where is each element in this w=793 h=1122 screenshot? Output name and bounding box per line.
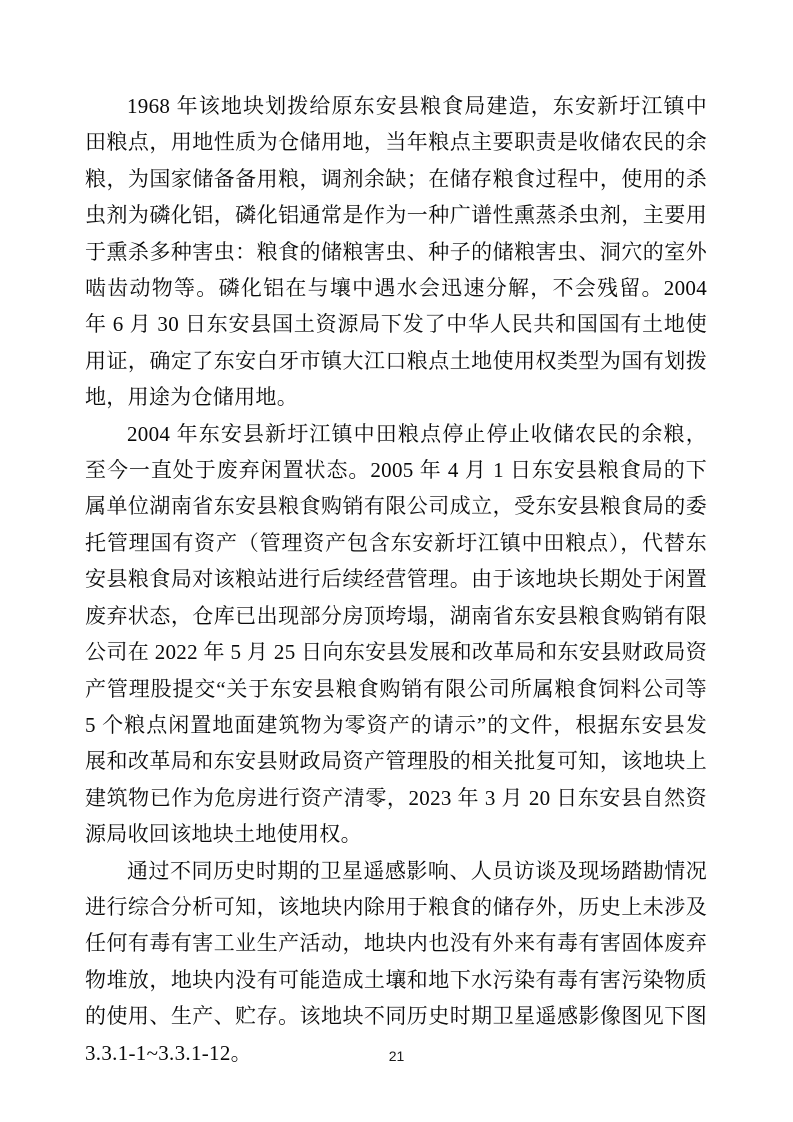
paragraph-site-abandonment: 2004 年东安县新圩江镇中田粮点停止停止收储农民的余粮，至今一直处于废弃闲置状…	[85, 416, 707, 853]
paragraph-analysis-conclusion: 通过不同历史时期的卫星遥感影响、人员访谈及现场踏勘情况进行综合分析可知，该地块内…	[85, 853, 707, 1071]
document-body-text: 1968 年该地块划拨给原东安县粮食局建造，东安新圩江镇中田粮点，用地性质为仓储…	[85, 88, 707, 1071]
paragraph-land-history: 1968 年该地块划拨给原东安县粮食局建造，东安新圩江镇中田粮点，用地性质为仓储…	[85, 88, 707, 416]
page-footer: 21	[0, 1048, 793, 1066]
page-number: 21	[389, 1048, 405, 1064]
document-page: 1968 年该地块划拨给原东安县粮食局建造，东安新圩江镇中田粮点，用地性质为仓储…	[0, 0, 793, 1122]
